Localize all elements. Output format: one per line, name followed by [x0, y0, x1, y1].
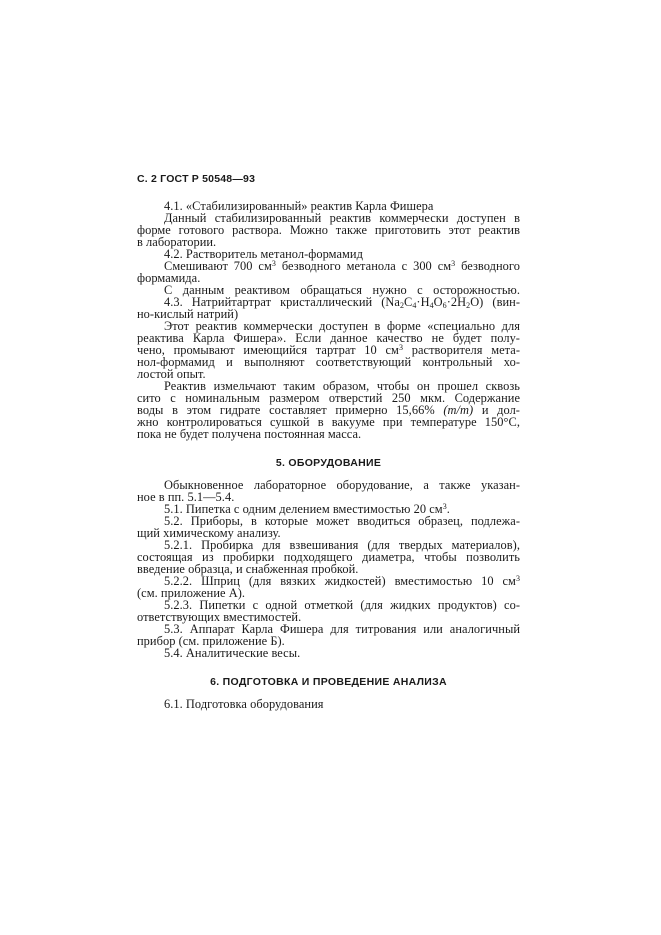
clause-4-3-text: пока не будет получена постоянная масса. — [137, 428, 520, 440]
clause-4-2-text: Смешивают 700 см3 безводного метанола с … — [164, 260, 520, 272]
clause-5-4: 5.4. Аналитические весы. — [164, 647, 520, 659]
running-head: С. 2 ГОСТ Р 50548—93 — [137, 173, 255, 185]
clause-6-1: 6.1. Подготовка оборудования — [164, 698, 520, 710]
section-5-heading: 5. ОБОРУДОВАНИЕ — [137, 457, 520, 469]
document-page: С. 2 ГОСТ Р 50548—93 4.1. «Стабилизирова… — [0, 0, 661, 935]
section-6-heading: 6. ПОДГОТОВКА И ПРОВЕДЕНИЕ АНАЛИЗА — [137, 676, 520, 688]
